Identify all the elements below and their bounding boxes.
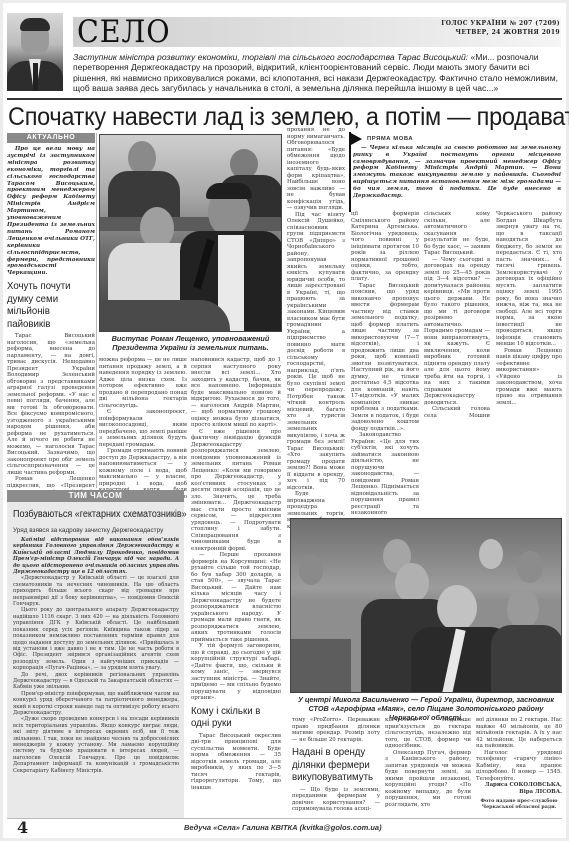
meanwhile-band: ТИМ ЧАСОМ (7, 490, 184, 502)
paragraph: Цього року до центрального апарату Держг… (13, 607, 179, 671)
photo-mykola-vasylchenko (290, 518, 562, 693)
lead-quote: Заступник міністра розвитку економіки, т… (73, 52, 561, 94)
paragraph: Прем'єр-міністр поінформував, що найближ… (13, 691, 179, 717)
column-divider (96, 133, 97, 488)
direct-speech-quote: — Через кілька місяців за своєю роботою … (353, 145, 561, 199)
article-column-4: прохання не до норму вимаганчать. Обгово… (287, 127, 345, 530)
subhead-opinion: Хочуть почути думку семи мільйонів пайов… (7, 280, 94, 330)
newspaper-page: СЕЛО ГОЛОС УКРАЇНИ № 207 (7209) ЧЕТВЕР, … (3, 3, 566, 838)
paragraph: Кабміні відсторонив від виконання обов'я… (13, 537, 179, 575)
meanwhile-box: ТИМ ЧАСОМ Позбуваються «гектарних схемат… (7, 490, 184, 818)
footer-divider (7, 818, 562, 819)
issue-info: ГОЛОС УКРАЇНИ № 207 (7209) ЧЕТВЕР, 24 ЖО… (441, 19, 560, 37)
paragraph: — Чому сьогодні в договорах на оренду зе… (424, 257, 490, 407)
issue-number: ГОЛОС УКРАЇНИ № 207 (7209) (441, 19, 560, 28)
paragraph: Під час візиту Олексій Душейко, співзасн… (287, 212, 345, 492)
section-title: СЕЛО (77, 15, 171, 49)
paragraph: Роман Лещенко навів цікаву цифру про «еф… (496, 348, 562, 407)
paragraph: — Що буде із землями, переданими фермера… (292, 787, 380, 813)
page-number: 4 (17, 818, 28, 837)
paragraph: Олександр Пугач, фермер з Канівського ра… (385, 750, 471, 809)
author-signoff: Лариса СОКОЛОВСЬКА, (476, 782, 562, 789)
paragraph: Тарас Висоцький наголосив, що «земельна … (7, 333, 95, 476)
photo1-caption: Виступає Роман Лещенко, уповноважений Пр… (99, 334, 282, 352)
article-intro: Про це вели мову на зустрічі із заступни… (7, 146, 95, 277)
issue-date: ЧЕТВЕР, 24 ЖОВТНЯ 2019 (441, 28, 560, 37)
article-column-2: можна реформа — це не лише питання прода… (99, 357, 187, 507)
subhead-land-limits: Кому і скільки в одні руки (191, 705, 280, 730)
paragraph: «Держгеокадастр у Київській області — це… (13, 575, 179, 607)
paragraph: Тарас Висоцький пояснив, що уряд виконав… (351, 283, 419, 433)
paragraph: кінчується. Подальше прив'язується до ге… (385, 717, 471, 750)
article-column-6: сільських кому скільки, але автоматичног… (424, 211, 562, 516)
paragraph: — Перше прохання формерів на Корсунщині:… (191, 552, 281, 643)
meanwhile-headline: Позбуваються «гектарних схематозників» (13, 508, 163, 522)
photo-roman-leshchenko (99, 134, 282, 332)
photo-credit: Фото надане прес-службою Черкаської обла… (476, 798, 562, 810)
paragraph: тому «ProZorro». Переважне право придбан… (292, 717, 380, 743)
paragraph: Тарас Висоцький окреслив дві-три принцип… (191, 733, 281, 792)
article-column-3: наповнився кадастр, щоб до 1 серпня наст… (191, 357, 281, 791)
meanwhile-text: Кабміні відсторонив від виконання обов'я… (7, 537, 184, 774)
paragraph: «Дуже скоро проведемо конкурси і на поса… (13, 716, 179, 774)
quote-author: Заступник міністра розвитку економіки, т… (73, 52, 468, 62)
paragraph: ції формерів Смілянського району Катерин… (351, 211, 419, 283)
article-column-7: тому «ProZorro». Переважне право придбан… (292, 717, 380, 813)
paragraph: Є вже рішення про фактичну ліквідацію фу… (191, 429, 281, 553)
paragraph: сільських кому скільки, але автоматичног… (424, 211, 490, 257)
deputy-minister-portrait (7, 13, 63, 91)
article-headline: Спочатку навести лад із землею, а потім … (8, 103, 530, 131)
paragraph: наповнився кадастр, щоб до 1 серпня наст… (191, 357, 281, 429)
paragraph: можна реформа — це не лише питання прода… (99, 357, 187, 409)
kicker-label: АКТУАЛЬНО (7, 133, 95, 143)
flag-icon (349, 132, 362, 146)
paragraph: У тій формулі заговорили, що й справді, … (191, 643, 281, 702)
meanwhile-subhead: Уряд взявся за кадрову зачистку Держгеок… (13, 526, 180, 535)
author-signoff-2: Віра ЛІСОВА. (476, 789, 562, 796)
article-column-8: кінчується. Подальше прив'язується до ге… (385, 717, 471, 808)
paragraph: вої ділянки по 2 гектари. Нас майже 40 м… (476, 717, 562, 750)
subhead-farmers: Надані в оренду ділянки фермери викупову… (292, 746, 379, 784)
article-column-9: вої ділянки по 2 гектари. Нас майже 40 м… (476, 717, 562, 810)
paragraph: Є законопроєкт, поінформували високопоса… (99, 409, 187, 448)
paragraph: прохання не до норму вимаганчать. Обгово… (287, 127, 345, 212)
direct-speech-label: ПРЯМА МОВА (367, 136, 413, 142)
header-divider (7, 98, 562, 100)
paragraph: Наголос урядовці телефонну «гарячу лінію… (476, 750, 562, 783)
editor-credit: Ведуча «Села» Галина КВІТКА (kvitka@golo… (184, 823, 382, 832)
paragraph: До речі, двох керівників регіональних уп… (13, 672, 179, 691)
